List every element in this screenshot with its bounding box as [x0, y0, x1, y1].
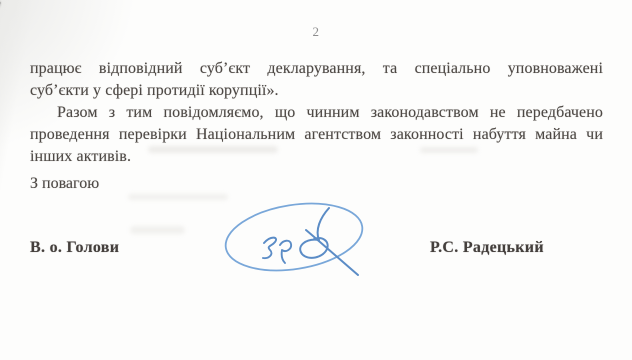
paragraph-line: інших активів. — [30, 146, 603, 168]
scanned-letter-page: 2 працює відповідний суб’єкт декларуванн… — [0, 0, 632, 360]
page-corner-fold-mark — [0, 1, 1, 19]
signer-name: Р.С. Радецький — [430, 239, 544, 257]
scan-smudge — [148, 146, 278, 153]
paragraph-line: суб’єкти у сфері протидії корупції». — [30, 80, 603, 102]
paragraph-line: проведення перевірки Національним агентс… — [30, 124, 603, 146]
closing-salutation: З повагою — [30, 175, 99, 193]
page-number: 2 — [0, 24, 632, 40]
signer-title: В. о. Голови — [30, 239, 119, 257]
scan-smudge — [130, 226, 185, 234]
handwritten-signature-icon — [222, 197, 372, 292]
paragraph-line: працює відповідний суб’єкт декларування,… — [30, 58, 603, 80]
paragraph-line: Разом з тим повідомляємо, що чинним зако… — [30, 102, 603, 124]
scan-smudge — [420, 147, 478, 153]
scan-smudge — [128, 194, 228, 200]
